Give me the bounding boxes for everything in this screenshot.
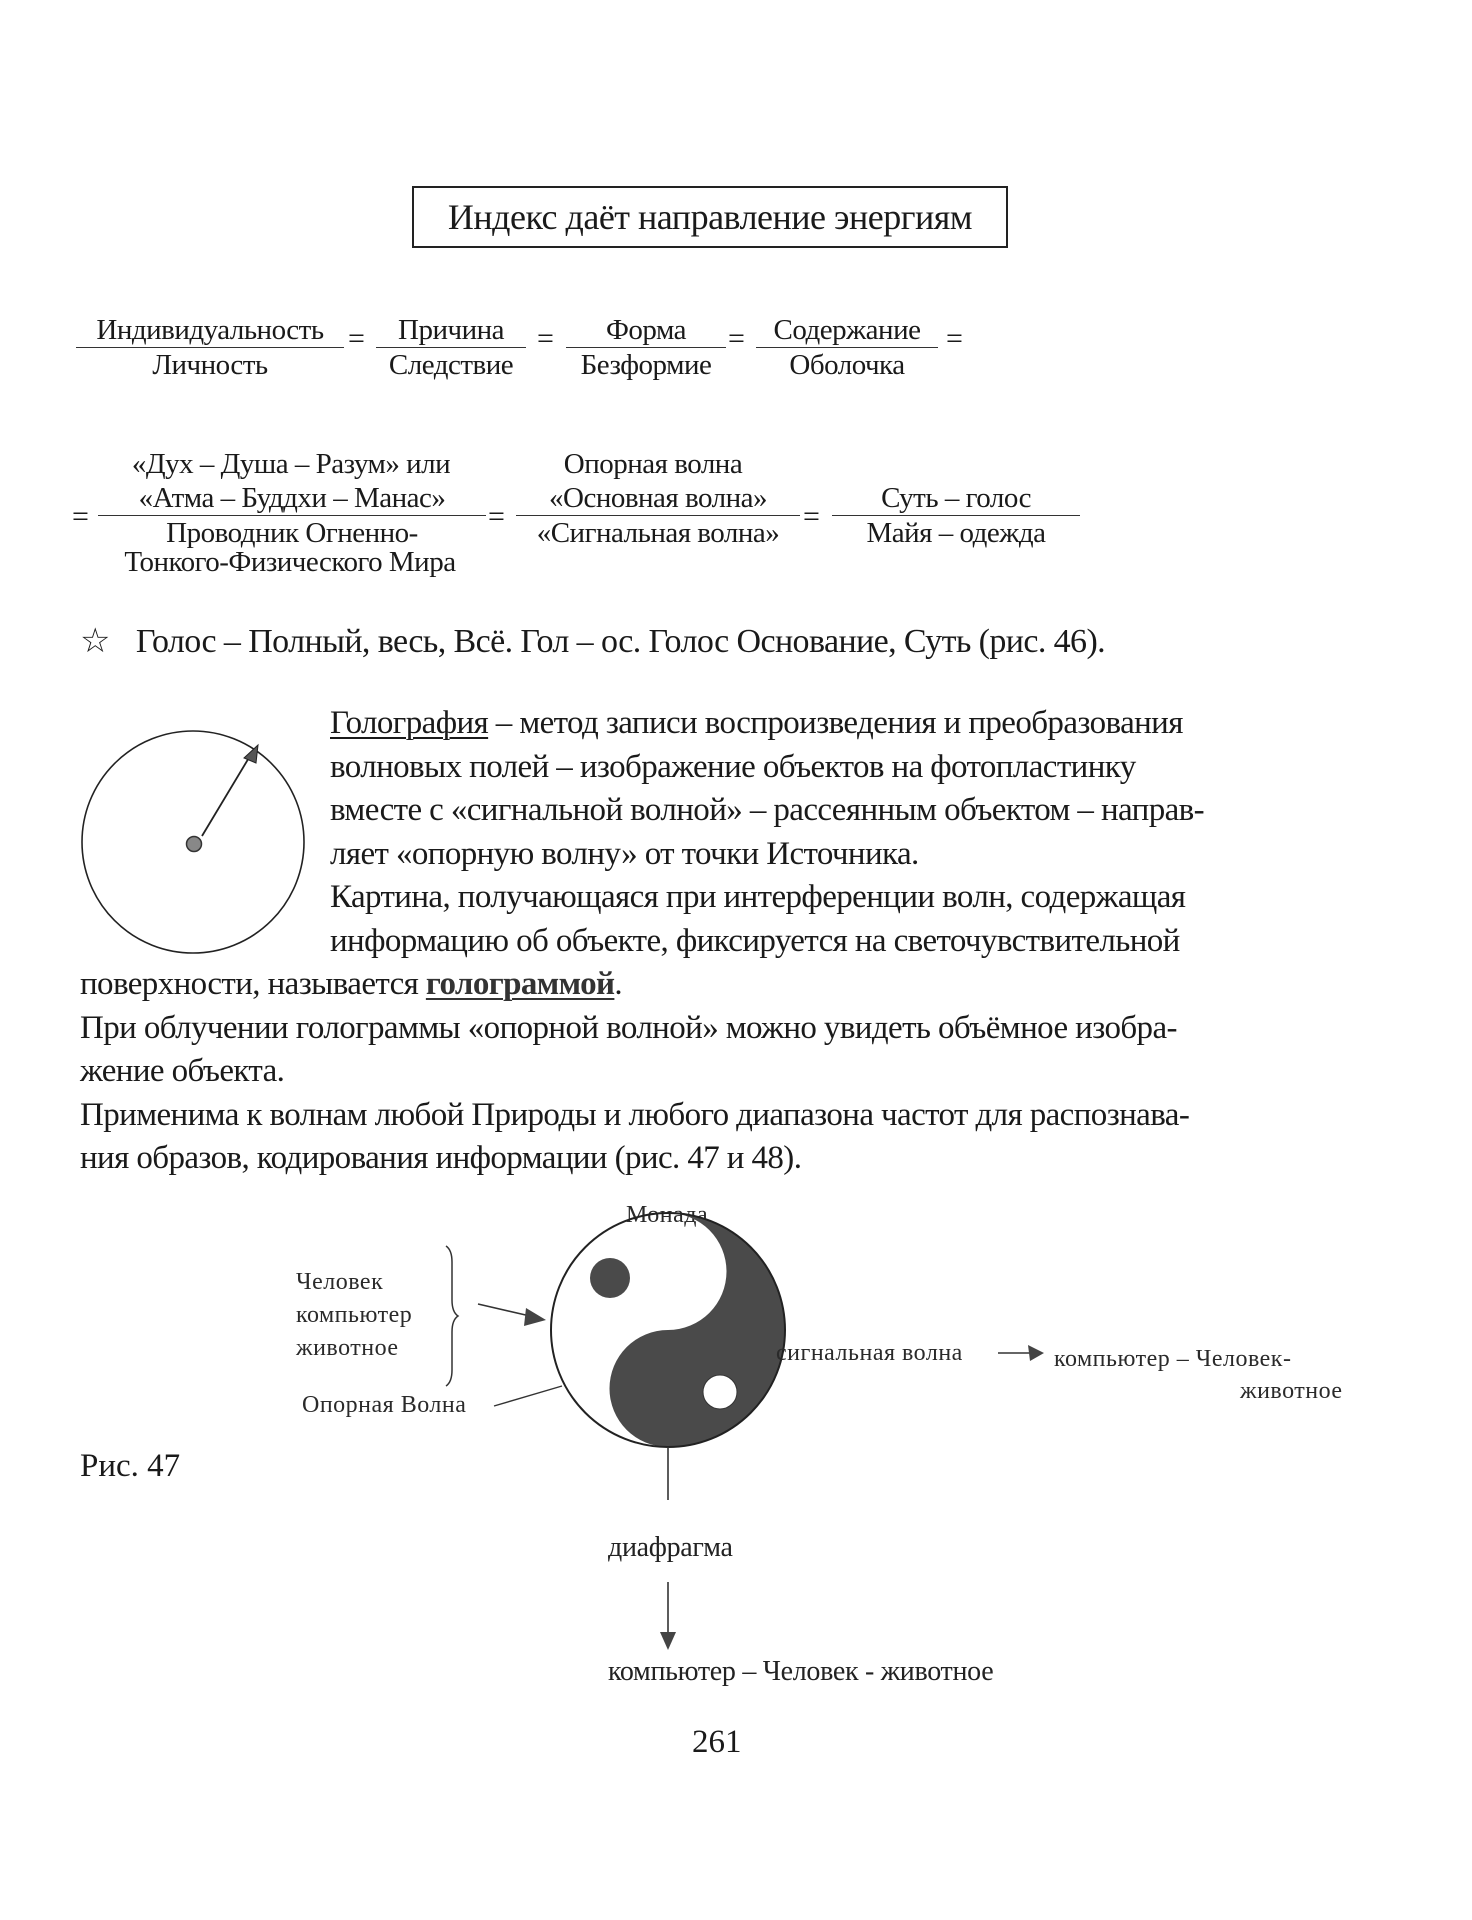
right-result-line-1: компьютер – Человек- (1054, 1346, 1291, 1373)
arrow-down-icon (660, 1632, 676, 1650)
figure-caption: Рис. 47 (80, 1448, 180, 1485)
arrow-icon (524, 1308, 546, 1326)
signal-wave-label: сигнальная волна (776, 1340, 963, 1367)
page-number: 261 (692, 1724, 742, 1761)
diaphragm-label: диафрагма (608, 1532, 733, 1564)
right-result-line-2: животное (1240, 1378, 1343, 1405)
bottom-result: компьютер – Человек - животное (608, 1656, 993, 1688)
arrow-icon (1028, 1345, 1044, 1361)
brace-icon (446, 1246, 458, 1386)
yin-yang-diagram (0, 0, 1472, 1700)
